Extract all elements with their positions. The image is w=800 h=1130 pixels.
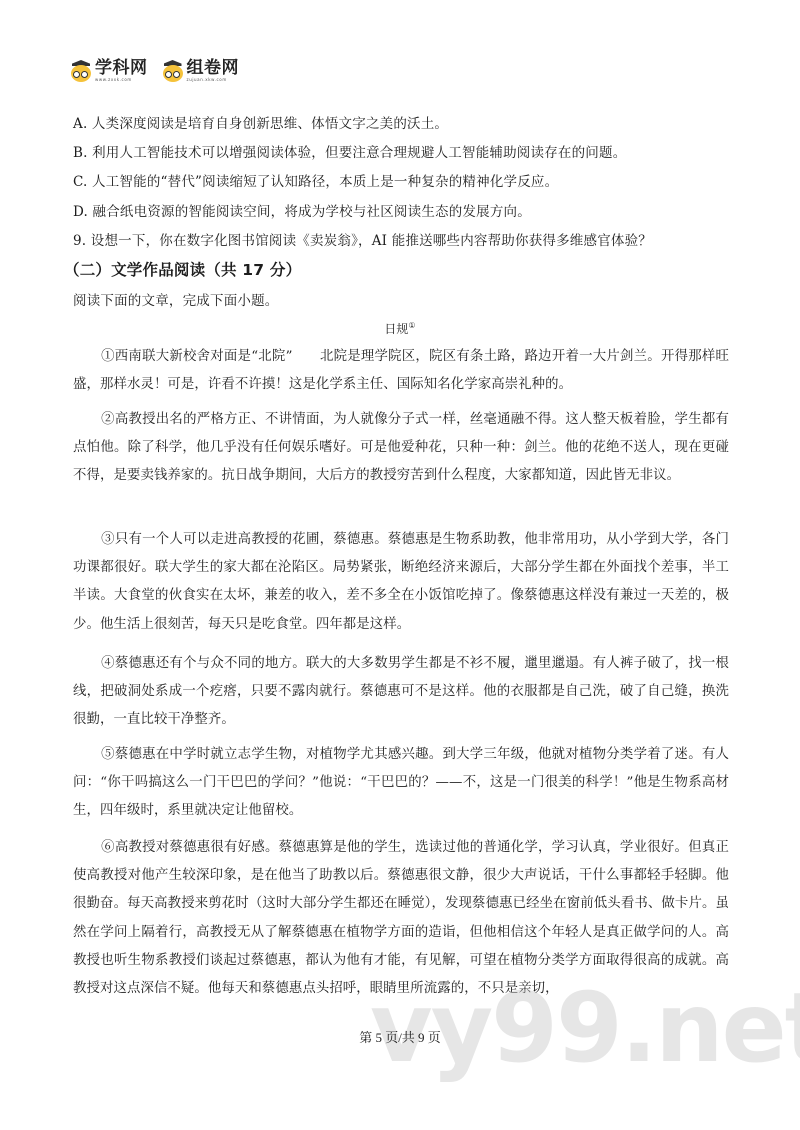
reading-instruction: 阅读下面的文章，完成下面小题。 <box>73 289 279 309</box>
owl-mascot-icon <box>70 60 92 82</box>
option-c: C. 人工智能的“替代”阅读缩短了认知路径，本质上是一种复杂的精神化学反应。 <box>73 170 558 190</box>
logo-url: zujuan.xkw.com <box>187 78 240 82</box>
logo-zxxk: 学科网 www.zxxk.com <box>70 60 148 82</box>
option-d: D. 融合纸电资源的智能阅读空间，将成为学校与社区阅读生态的发展方向。 <box>73 200 531 220</box>
paragraph-text: ④蔡德惠还有个与众不同的地方。联大的大多数男学生都是不衫不履，邋里邋遢。有人裤子… <box>73 656 729 727</box>
option-b: B. 利用人工智能技术可以增强阅读体验，但要注意合理规避人工智能辅助阅读存在的问… <box>73 141 626 161</box>
logo-url: www.zxxk.com <box>95 78 148 82</box>
owl-mascot-icon <box>162 60 184 82</box>
question-9: 9. 设想一下，你在数字化图书馆阅读《卖炭翁》，AI 能推送哪些内容帮助你获得多… <box>73 229 652 249</box>
paragraph-5: ⑤蔡德惠在中学时就立志学生物，对植物学尤其感兴趣。到大学三年级，他就对植物分类学… <box>73 741 729 826</box>
paragraph-4: ④蔡德惠还有个与众不同的地方。联大的大多数男学生都是不衫不履，邋里邋遢。有人裤子… <box>73 650 729 735</box>
footnote-mark: ① <box>408 321 415 330</box>
logo-name: 学科网 <box>95 60 148 77</box>
paragraph-text: ②高教授出名的严格方正、不讲情面，为人就像分子式一样，丝毫通融不得。这人整天板着… <box>73 412 729 483</box>
paragraph-text: ①西南联大新校舍对面是“北院” 北院是理学院区，院区有条土路，路边开着一大片剑兰… <box>73 349 729 392</box>
article-title-text: 日规 <box>384 322 408 336</box>
header-logos: 学科网 www.zxxk.com 组卷网 zujuan.xkw.com <box>70 60 239 82</box>
option-a: A. 人类深度阅读是培育自身创新思维、体悟文字之美的沃土。 <box>73 112 448 132</box>
paragraph-1: ①西南联大新校舍对面是“北院” 北院是理学院区，院区有条土路，路边开着一大片剑兰… <box>73 343 729 399</box>
logo-zujuan: 组卷网 zujuan.xkw.com <box>162 60 240 82</box>
paragraph-text: ⑤蔡德惠在中学时就立志学生物，对植物学尤其感兴趣。到大学三年级，他就对植物分类学… <box>73 747 729 818</box>
paragraph-3: ③只有一个人可以走进高教授的花圃，蔡德惠。蔡德惠是生物系助教，他非常用功，从小学… <box>73 526 729 639</box>
article-title: 日规① <box>0 320 800 337</box>
paragraph-text: ③只有一个人可以走进高教授的花圃，蔡德惠。蔡德惠是生物系助教，他非常用功，从小学… <box>73 532 729 632</box>
logo-name: 组卷网 <box>187 60 240 77</box>
paragraph-2: ②高教授出名的严格方正、不讲情面，为人就像分子式一样，丝毫通融不得。这人整天板着… <box>73 406 729 491</box>
section-heading: （二）文学作品阅读（共 17 分） <box>64 258 301 280</box>
page-footer: 第 5 页/共 9 页 <box>0 1027 800 1046</box>
